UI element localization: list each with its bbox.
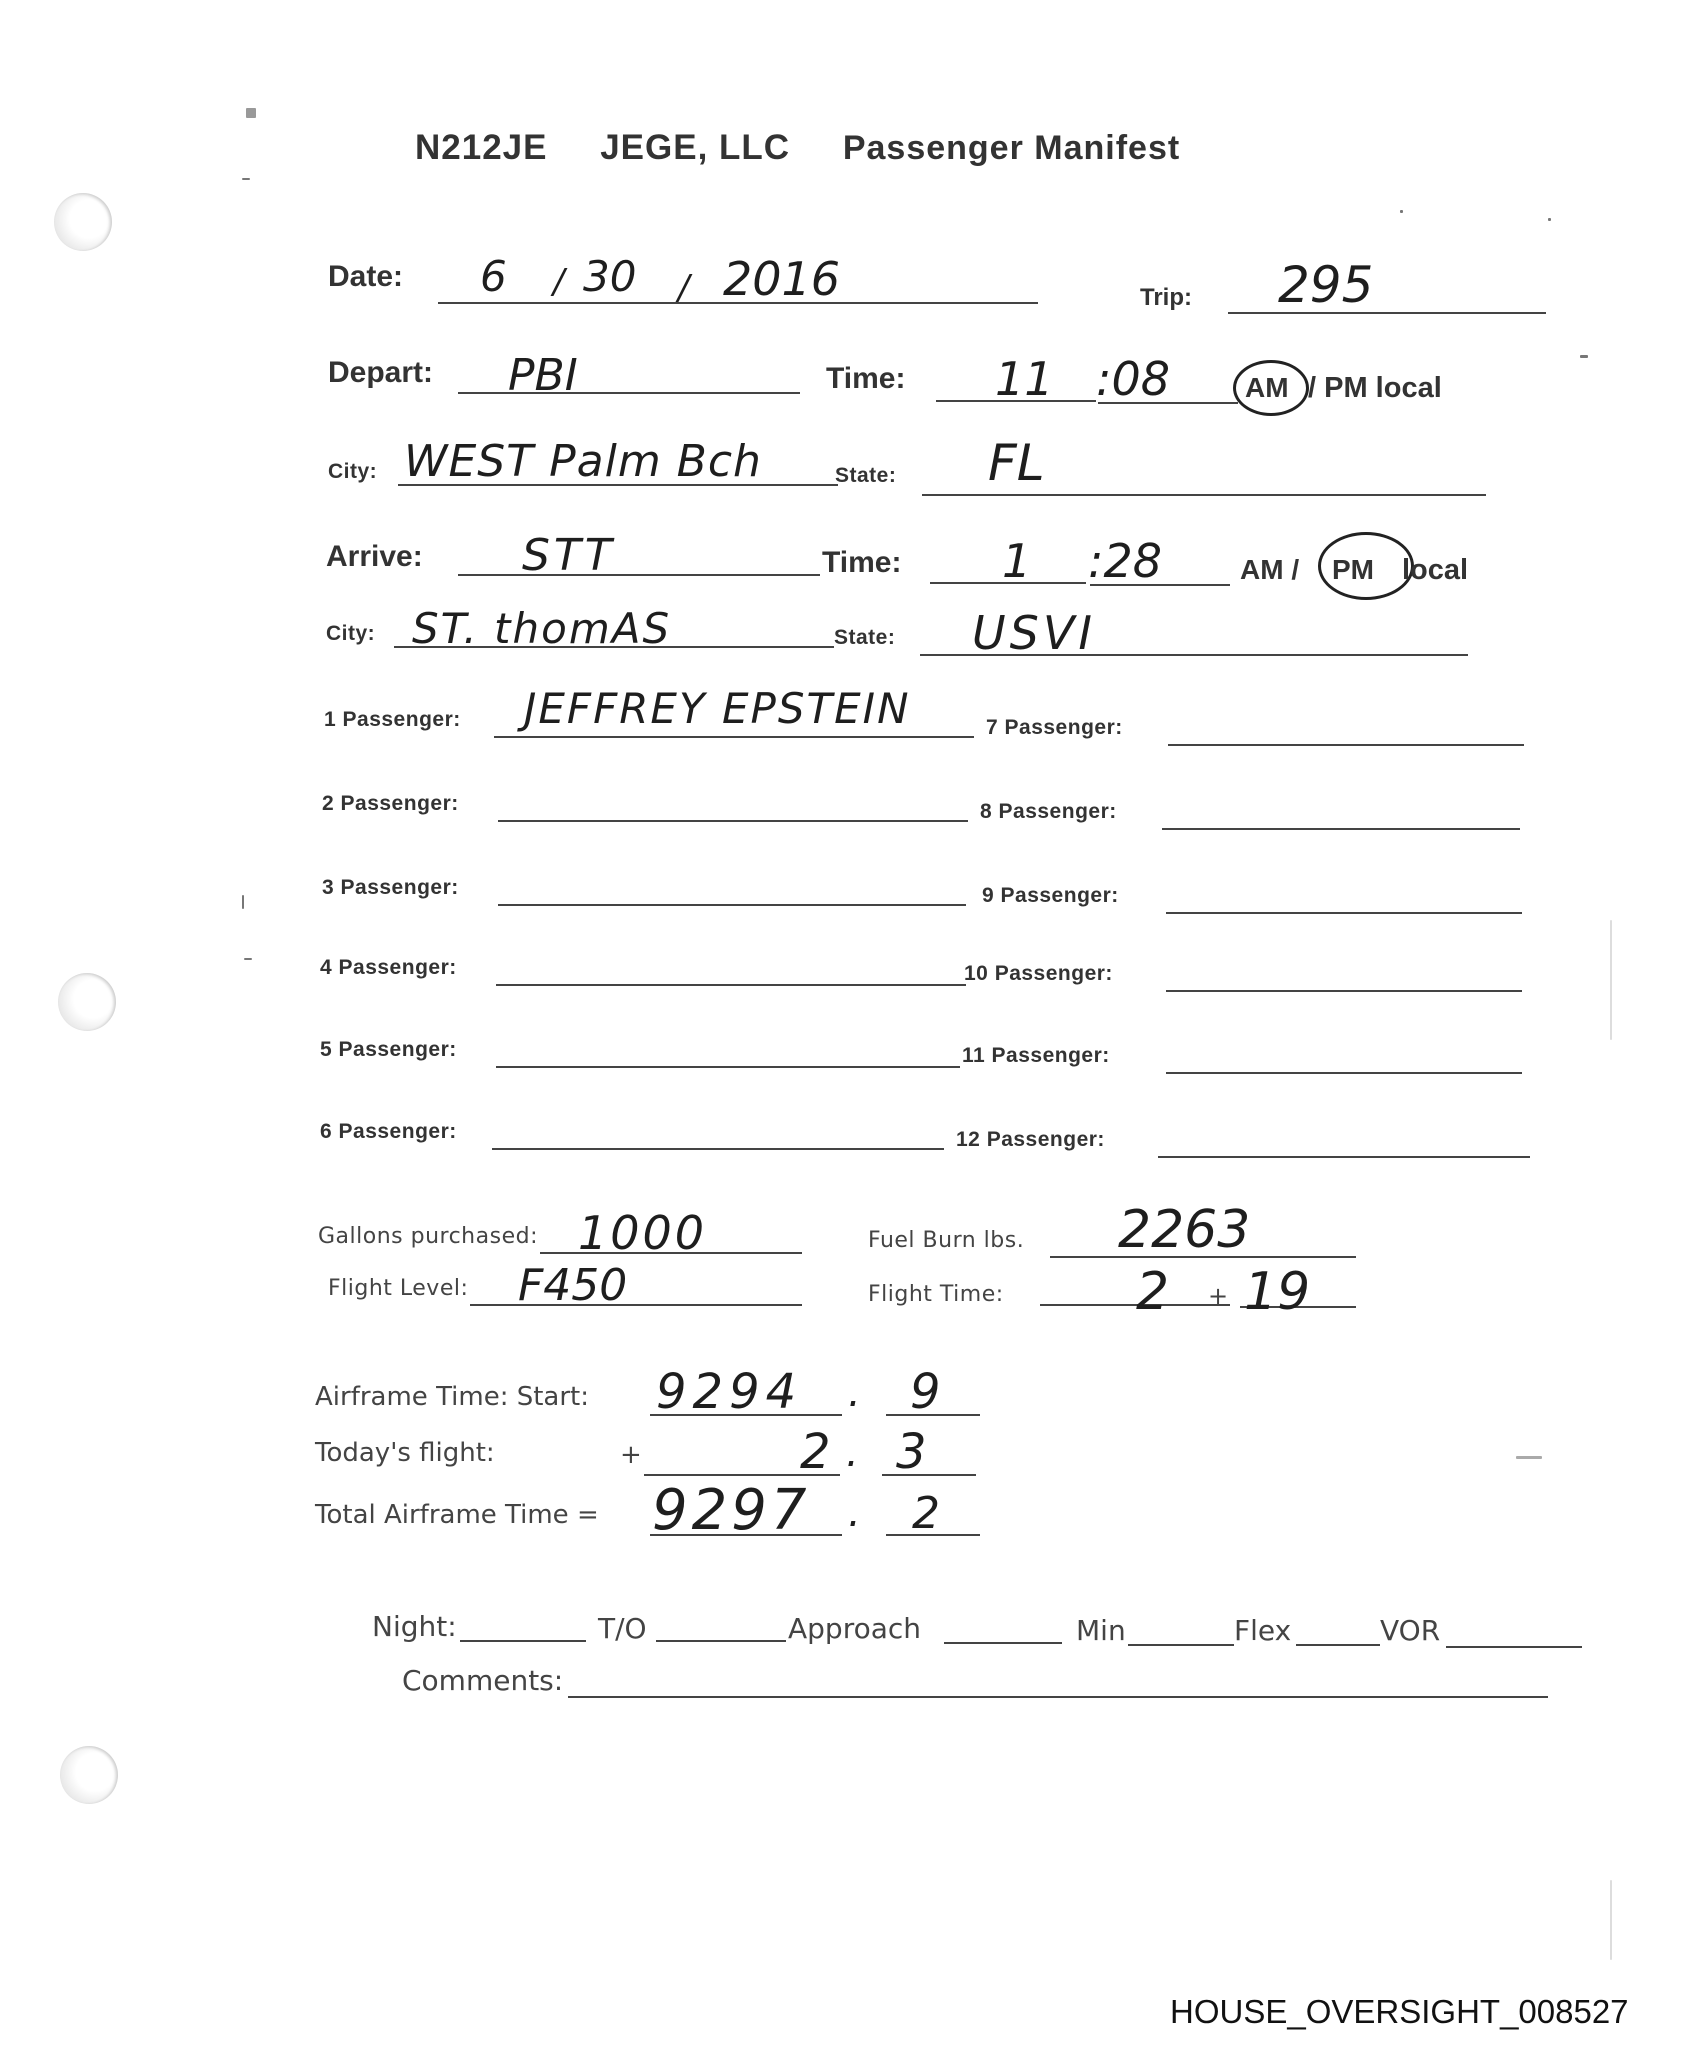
todays-flight-tenths[interactable]: 3 [896, 1424, 927, 1480]
depart-city-label: City: [328, 460, 377, 484]
flight-time-hours-line[interactable] [1040, 1304, 1230, 1306]
min-field-line[interactable] [1128, 1644, 1234, 1646]
passenger-field-line[interactable] [496, 984, 966, 986]
approach-label: Approach [788, 1612, 921, 1645]
approach-field-line[interactable] [944, 1642, 1062, 1644]
depart-hour[interactable]: 11 [995, 352, 1054, 406]
flex-label: Flex [1234, 1614, 1291, 1647]
arrive-airport[interactable]: STT [522, 530, 616, 581]
todays-flight-dot: . [846, 1430, 859, 1476]
scan-speck [1610, 920, 1612, 1040]
passenger-label: 1 Passenger: [324, 708, 461, 732]
passenger-field-line[interactable] [1168, 744, 1524, 746]
scan-speck [1548, 218, 1551, 221]
passenger-label: 4 Passenger: [320, 956, 457, 980]
date-month[interactable]: 6 [480, 252, 507, 301]
airframe-start-dot: . [848, 1370, 861, 1416]
fuel-burn-value[interactable]: 2263 [1118, 1200, 1250, 1260]
total-airframe-whole[interactable]: 9297 [652, 1478, 811, 1543]
airframe-start-tenths[interactable]: 9 [910, 1364, 941, 1420]
scan-speck [242, 178, 250, 180]
comments-field-line[interactable] [568, 1696, 1548, 1698]
arrive-state-label: State: [834, 626, 895, 650]
airframe-start-label: Airframe Time: Start: [315, 1382, 589, 1412]
flight-time-minutes[interactable]: 19 [1244, 1262, 1310, 1322]
passenger-field-line[interactable] [1166, 1072, 1522, 1074]
scan-speck [1400, 210, 1403, 213]
arrive-minute[interactable]: :28 [1088, 534, 1162, 588]
scan-speck [1610, 1880, 1612, 1960]
night-label: Night: [372, 1610, 457, 1643]
arrive-am-option[interactable]: AM / [1240, 554, 1299, 586]
arrive-city[interactable]: ST. thomAS [412, 604, 671, 653]
arrive-label: Arrive: [326, 540, 423, 574]
depart-state-line[interactable] [922, 494, 1486, 496]
depart-state[interactable]: FL [988, 434, 1045, 492]
airframe-start-whole[interactable]: 9294 [656, 1364, 802, 1420]
date-label: Date: [328, 260, 403, 294]
arrive-pm-selected-circle [1318, 532, 1414, 600]
arrive-local-label: local [1402, 554, 1468, 587]
punch-hole-top [54, 193, 112, 251]
passenger-field-line[interactable] [498, 820, 968, 822]
todays-flight-label: Today's flight: [315, 1438, 495, 1468]
todays-flight-operator: + [620, 1440, 642, 1470]
arrive-state[interactable]: USVI [972, 606, 1096, 660]
passenger-label: 3 Passenger: [322, 876, 459, 900]
vor-label: VOR [1380, 1614, 1440, 1647]
vor-field-line[interactable] [1446, 1646, 1582, 1648]
date-year[interactable]: 2016 [723, 252, 840, 306]
depart-am-selected-circle [1233, 360, 1309, 416]
arrive-hour[interactable]: 1 [1002, 534, 1031, 588]
passenger-name[interactable]: JEFFREY EPSTEIN [524, 684, 911, 733]
flight-time-label: Flight Time: [868, 1282, 1004, 1307]
night-field-line[interactable] [460, 1640, 586, 1642]
date-day[interactable]: 30 [583, 252, 636, 301]
depart-state-label: State: [835, 464, 896, 488]
page-title: N212JE JEGE, LLC Passenger Manifest [415, 128, 1180, 168]
gallons-value[interactable]: 1000 [578, 1206, 707, 1260]
passenger-label: 2 Passenger: [322, 792, 459, 816]
passenger-field-line[interactable] [498, 904, 966, 906]
passenger-field-line[interactable] [1158, 1156, 1530, 1158]
passenger-label: 8 Passenger: [980, 800, 1117, 824]
flight-time-hours[interactable]: 2 [1136, 1262, 1169, 1322]
trip-number[interactable]: 295 [1278, 256, 1373, 314]
arrive-city-label: City: [326, 622, 375, 646]
trip-field-line[interactable] [1228, 312, 1546, 314]
passenger-label: 7 Passenger: [986, 716, 1123, 740]
passenger-field-line[interactable] [496, 1066, 960, 1068]
passenger-field-line[interactable] [1166, 912, 1522, 914]
tail-number: N212JE [415, 128, 547, 167]
depart-city[interactable]: WEST Palm Bch [404, 436, 762, 487]
passenger-label: 12 Passenger: [956, 1128, 1105, 1152]
total-airframe-dot: . [848, 1490, 861, 1536]
passenger-label: 6 Passenger: [320, 1120, 457, 1144]
flight-time-separator: + [1208, 1282, 1228, 1310]
passenger-label: 10 Passenger: [964, 962, 1113, 986]
passenger-field-line[interactable] [494, 736, 974, 738]
depart-time-label: Time: [826, 362, 905, 396]
fuel-burn-label: Fuel Burn lbs. [868, 1228, 1024, 1253]
total-airframe-label: Total Airframe Time = [315, 1500, 599, 1530]
depart-airport[interactable]: PBI [508, 350, 578, 401]
form-title: Passenger Manifest [843, 129, 1180, 167]
punch-hole-bottom [60, 1746, 118, 1804]
todays-flight-whole[interactable]: 2 [800, 1424, 831, 1480]
scan-speck [242, 895, 244, 909]
trip-label: Trip: [1140, 284, 1192, 312]
passenger-field-line[interactable] [492, 1148, 944, 1150]
date-sep-2: / [678, 268, 689, 308]
flight-level-label: Flight Level: [328, 1276, 468, 1301]
depart-label: Depart: [328, 356, 433, 390]
passenger-label: 11 Passenger: [962, 1044, 1110, 1068]
passenger-label: 5 Passenger: [320, 1038, 457, 1062]
gallons-label: Gallons purchased: [318, 1224, 538, 1249]
punch-hole-middle [58, 973, 116, 1031]
document-id: HOUSE_OVERSIGHT_008527 [1170, 1993, 1629, 2031]
min-label: Min [1076, 1614, 1126, 1647]
comments-label: Comments: [402, 1664, 563, 1697]
arrive-time-label: Time: [822, 546, 901, 580]
passenger-field-line[interactable] [1162, 828, 1520, 830]
company-name: JEGE, LLC [600, 128, 790, 167]
scan-speck [1516, 1456, 1542, 1459]
flex-field-line[interactable] [1296, 1644, 1380, 1646]
flight-level-value[interactable]: F450 [518, 1260, 627, 1311]
total-airframe-tenths[interactable]: 2 [912, 1488, 940, 1539]
scan-speck [1580, 355, 1588, 358]
depart-pm-local-option[interactable]: / PM local [1308, 372, 1442, 405]
scan-speck [246, 108, 256, 118]
depart-minute[interactable]: :08 [1096, 352, 1170, 406]
takeoff-field-line[interactable] [656, 1640, 786, 1642]
scan-speck [244, 958, 252, 960]
takeoff-label: T/O [598, 1612, 647, 1645]
date-sep-1: / [553, 262, 564, 302]
arrive-field-line[interactable] [458, 574, 820, 576]
passenger-label: 9 Passenger: [982, 884, 1119, 908]
passenger-field-line[interactable] [1166, 990, 1522, 992]
